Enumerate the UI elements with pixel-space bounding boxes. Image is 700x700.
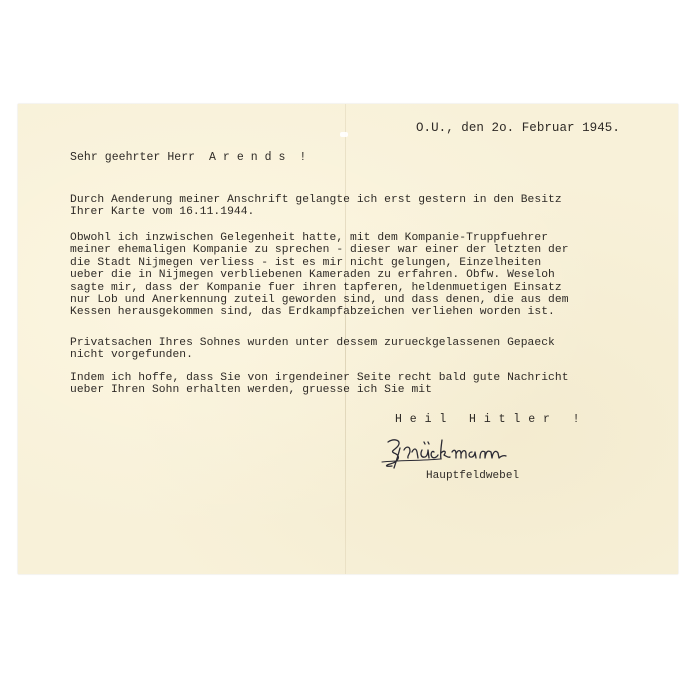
salutation: Sehr geehrter Herr A r e n d s ! [70,152,306,164]
paragraph-3: Privatsachen Ihres Sohnes wurden unter d… [70,337,555,362]
date-line: O.U., den 2o. Februar 1945. [416,122,620,134]
paragraph-4: Indem ich hoffe, dass Sie von irgendeine… [70,372,569,397]
staple-hole [340,132,348,137]
closing-line: H e i l H i t l e r ! [395,414,580,426]
signer-rank: Hauptfeldwebel [426,470,519,482]
letter-paper: O.U., den 2o. Februar 1945. Sehr geehrte… [18,104,678,574]
paragraph-2: Obwohl ich inzwischen Gelegenheit hatte,… [70,232,569,319]
handwritten-signature: Brückmann [380,434,550,470]
paragraph-1: Durch Aenderung meiner Anschrift gelangt… [70,194,562,219]
